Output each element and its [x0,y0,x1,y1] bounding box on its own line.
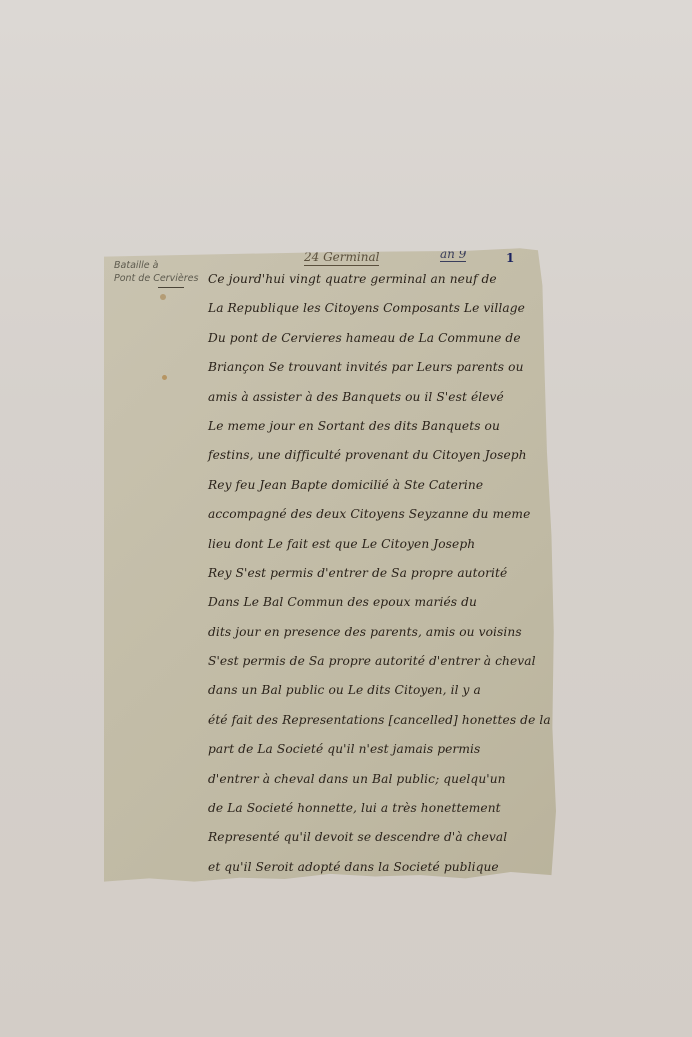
text-line: Rey feu Jean Bapte domicilié à Ste Cater… [208,471,548,500]
folio-number: 1 [506,251,514,265]
manuscript-page: Bataille à Pont de Cervières 24 Germinal… [104,247,556,888]
text-line: dits jour en presence des parents, amis … [208,618,548,647]
text-line: entrer à cheval dans Le Bal public, dont… [208,912,548,941]
text-line: été fait des Representations [cancelled]… [208,706,548,735]
text-line: La Republique les Citoyens Composants Le… [208,294,548,323]
text-line: Le meme jour en Sortant des dits Banquet… [208,412,548,441]
manuscript-body: Ce jourd'hui vingt quatre germinal an ne… [208,265,548,1000]
text-line: S'est deffendu par la voix de l'honnetet… [208,941,548,970]
text-line: de La Societé honnette, lui a très honet… [208,794,548,823]
text-line: accompagné des deux Citoyens Seyzanne du… [208,500,548,529]
text-line: festins, une difficulté provenant du Cit… [208,441,548,470]
text-line: dont Le Citoyen Rey S'y est refusé et a … [208,882,548,911]
closing-dash [473,984,523,985]
margin-note-line-1: Bataille à [114,260,159,271]
final-line-text: Braves Citoyens dont en vengence du fait [208,977,469,991]
text-line: Briançon Se trouvant invités par Leurs p… [208,353,548,382]
margin-underline [158,287,184,288]
text-line: et qu'il Seroit adopté dans la Societé p… [208,853,548,882]
text-line: Du pont de Cervieres hameau de La Commun… [208,324,548,353]
year-label: an 9 [440,247,466,262]
text-line-final: Braves Citoyens dont en vengence du fait [208,970,548,999]
text-line: Representé qu'il devoit se descendre d'à… [208,823,548,852]
ink-stain [160,294,166,300]
text-line: Rey S'est permis d'entrer de Sa propre a… [208,559,548,588]
text-line: d'entrer à cheval dans un Bal public; qu… [208,765,548,794]
text-line: Dans Le Bal Commun des epoux mariés du [208,588,548,617]
date-heading: 24 Germinal [304,250,379,266]
text-line: S'est permis de Sa propre autorité d'ent… [208,647,548,676]
text-line: amis à assister à des Banquets ou il S'e… [208,383,548,412]
text-line: dans un Bal public ou Le dits Citoyen, i… [208,676,548,705]
margin-note: Bataille à Pont de Cervières [114,259,204,285]
margin-note-line-2: Pont de Cervières [114,272,204,285]
text-line: Ce jourd'hui vingt quatre germinal an ne… [208,265,548,294]
text-line: part de La Societé qu'il n'est jamais pe… [208,735,548,764]
ink-stain [162,375,167,380]
text-line: lieu dont Le fait est que Le Citoyen Jos… [208,530,548,559]
